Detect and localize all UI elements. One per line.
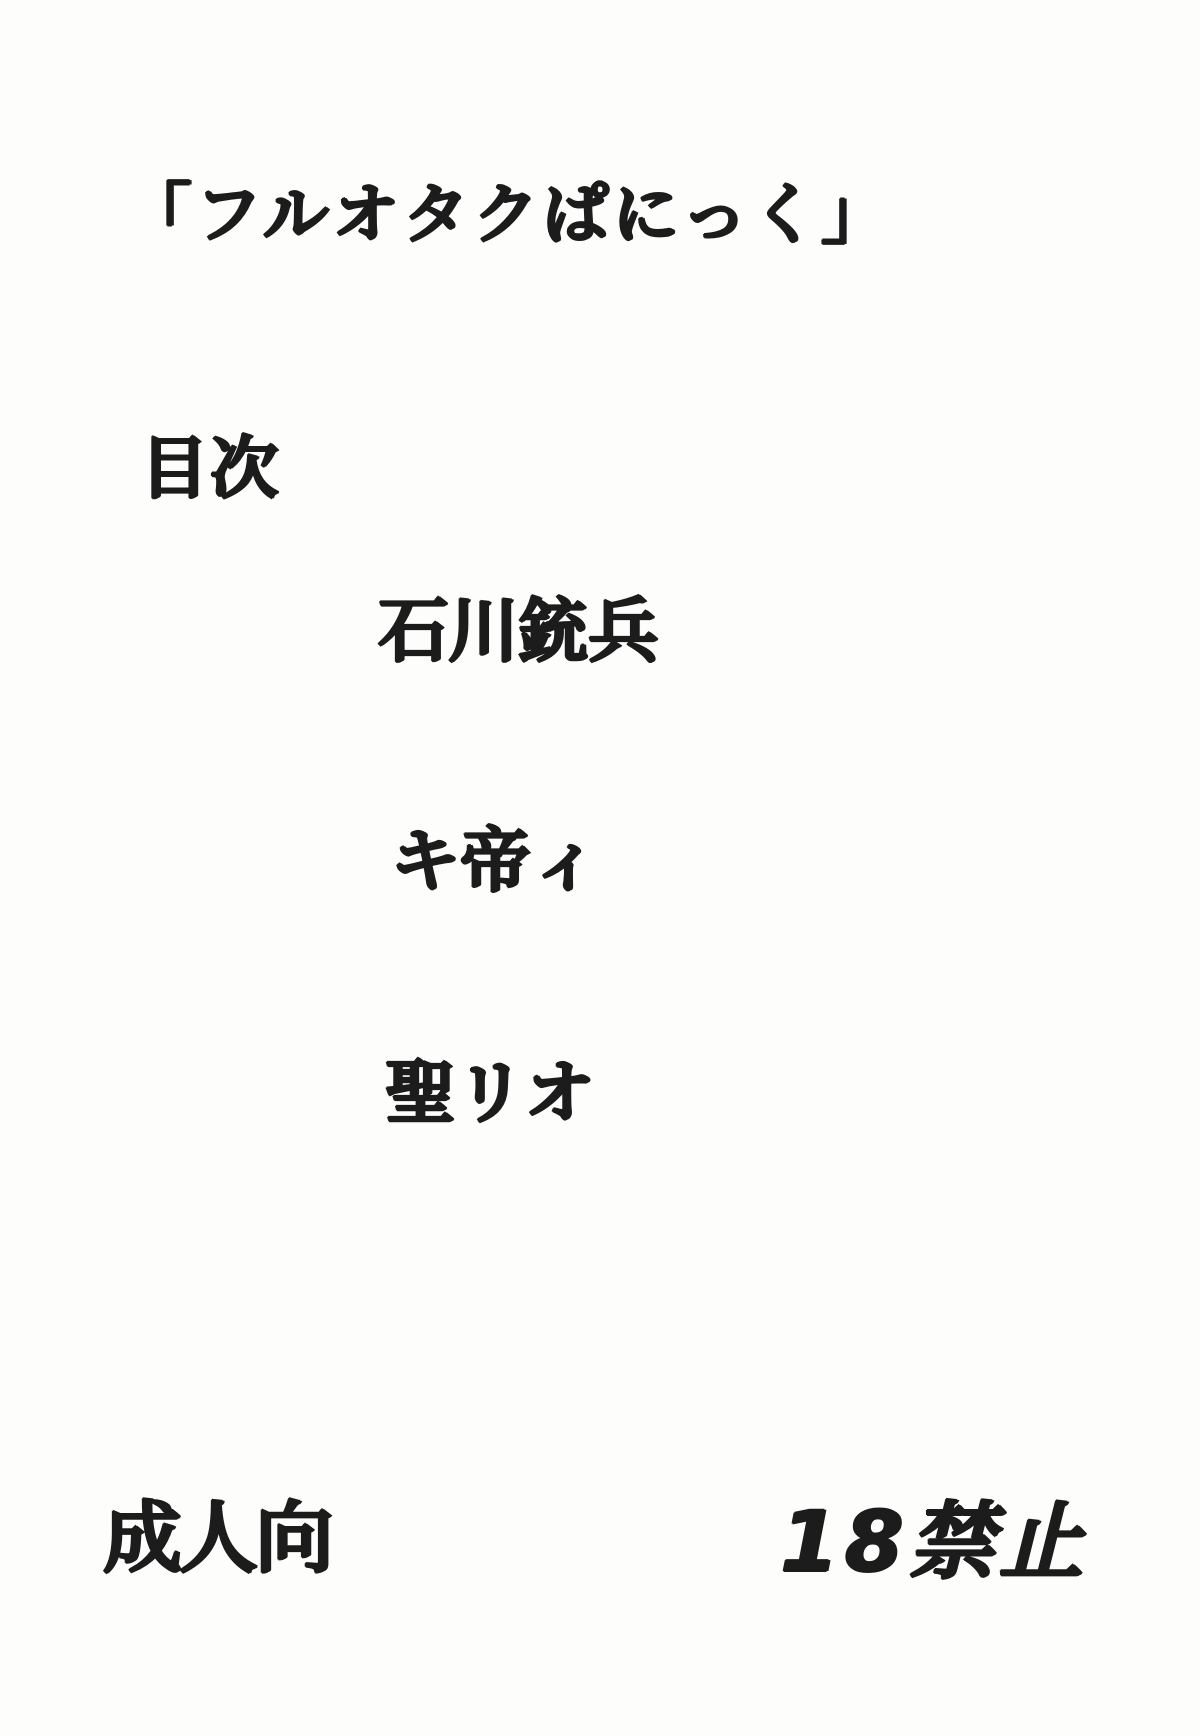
contributor-entry: 石川銃兵 xyxy=(378,596,658,666)
toc-heading: 目次 xyxy=(140,436,280,504)
adult-rating-label: 成人向 xyxy=(103,1500,331,1578)
age-restriction-label: 18禁止 xyxy=(780,1500,1089,1584)
book-title: 「フルオタクぱにっく」 xyxy=(125,182,891,248)
contributor-entry: 聖リオ xyxy=(385,1058,594,1128)
contributor-entry: キ帝ィ xyxy=(390,826,600,896)
